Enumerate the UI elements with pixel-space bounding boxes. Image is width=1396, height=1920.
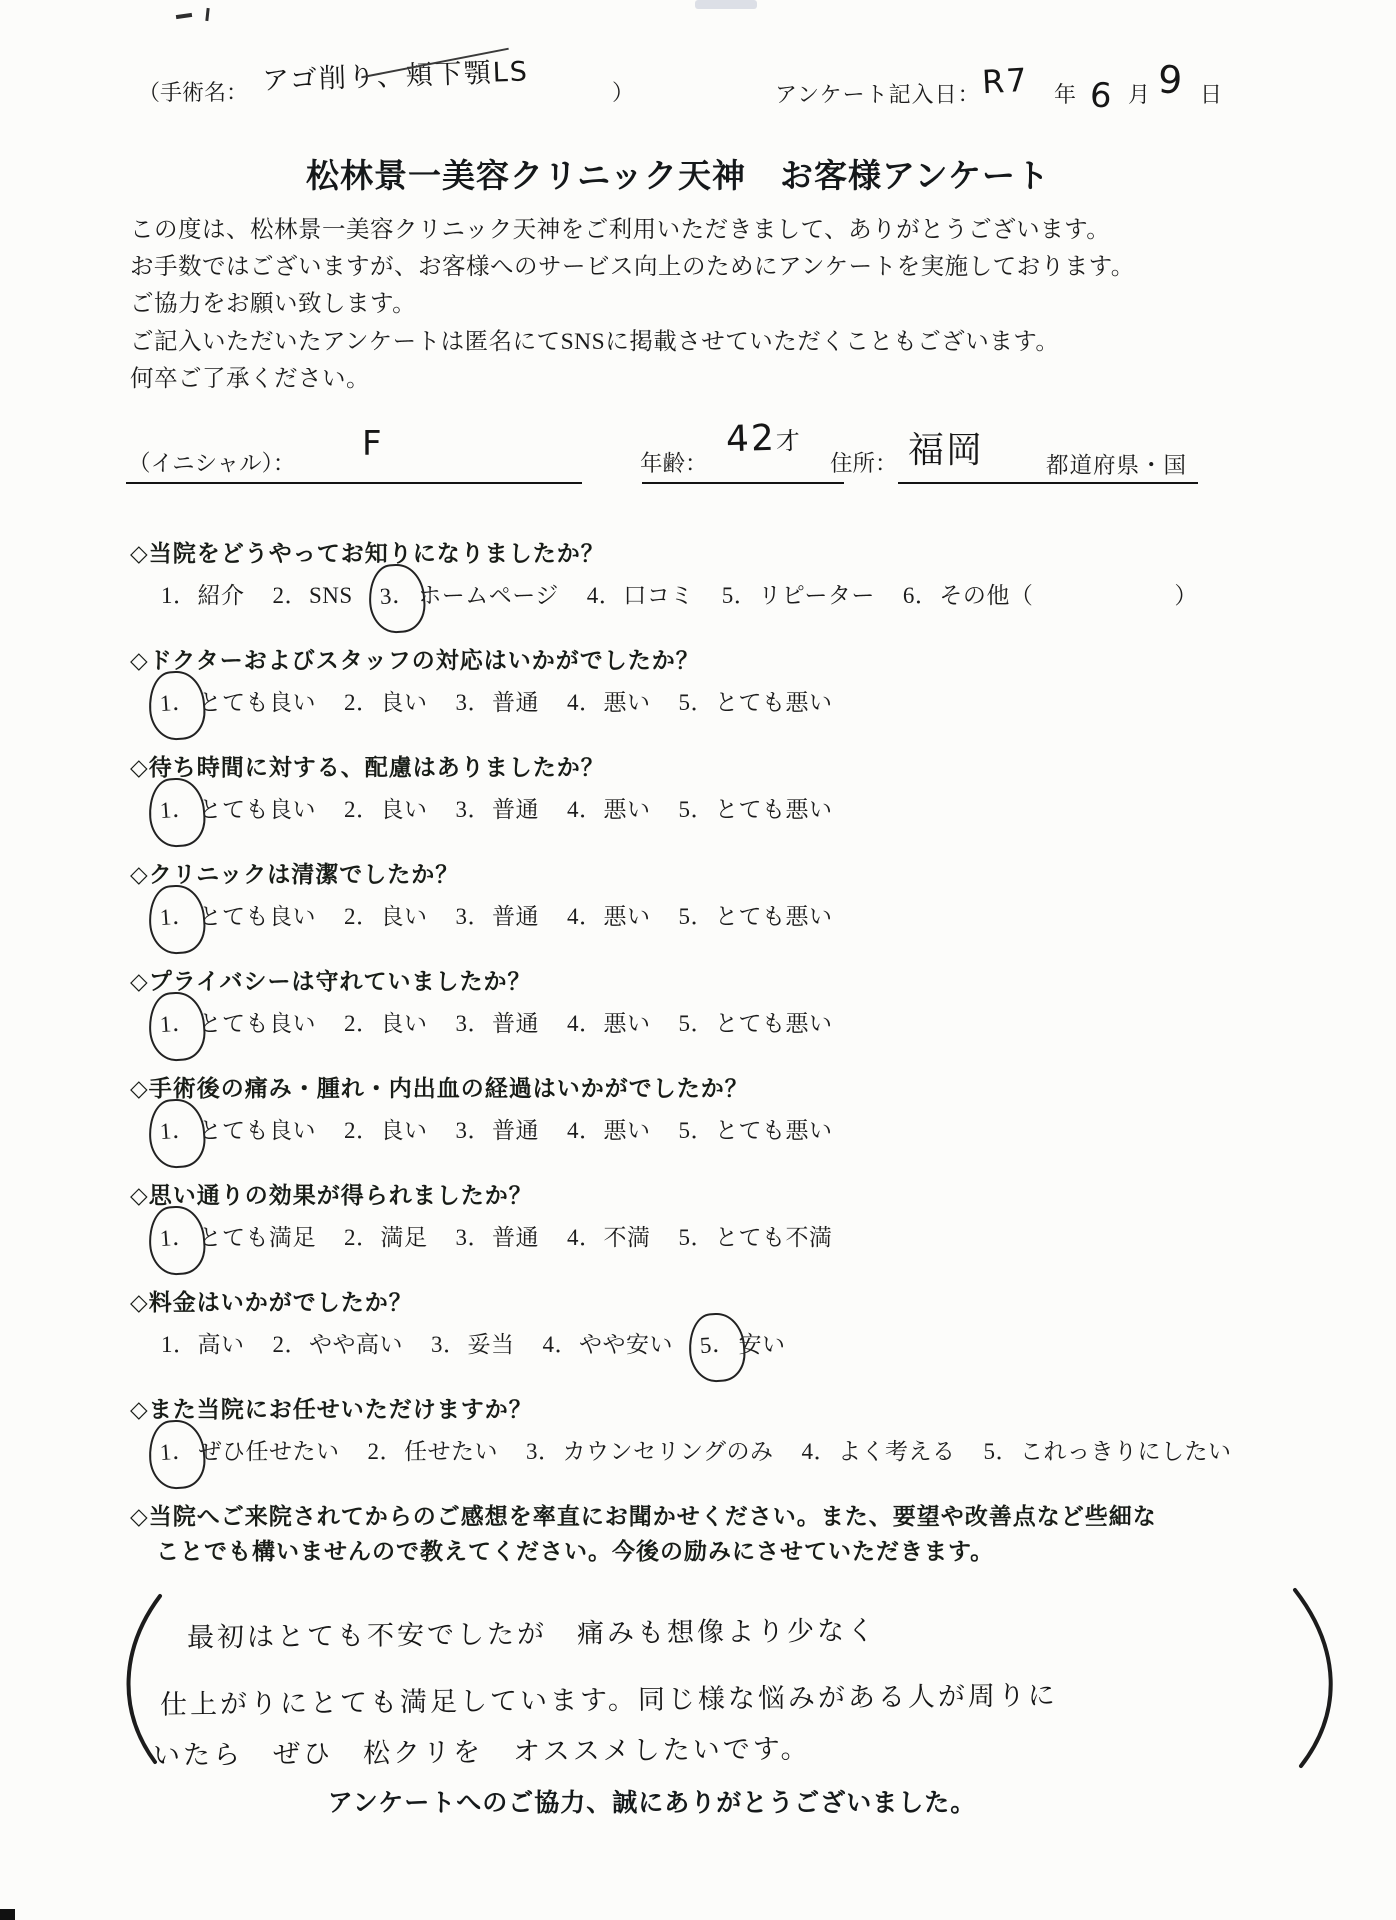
option: 2．やや高い <box>272 1332 404 1357</box>
comment-line: 最初はとても不安でしたが 痛みも想像より少なく <box>187 1608 877 1654</box>
option-number: 5． <box>678 1218 716 1258</box>
option: 1．紹介 <box>160 583 245 608</box>
option-number: 3． <box>455 1218 493 1258</box>
option: 3．普通 <box>455 690 540 715</box>
option-label: とても悪い <box>715 797 833 822</box>
comment-area: 最初はとても不安でしたが 痛みも想像より少なく 仕上がりにとても満足しています。… <box>105 1582 1375 1782</box>
option-label: 口コミ <box>623 583 694 608</box>
circled-answer-mark: 1． <box>147 990 207 1063</box>
option-label: とても悪い <box>715 904 833 929</box>
option-label: とても良い <box>199 797 317 822</box>
question-block: ◇料金はいかがでしたか？1．高い2．やや高い3．妥当4．やや安い5．安い <box>130 1286 1380 1365</box>
option-number: 5． <box>678 897 716 937</box>
option-label: 悪い <box>604 1011 651 1036</box>
option-label: 良い <box>381 1011 428 1036</box>
option: 2．良い <box>343 1118 428 1143</box>
option-number: 3． <box>455 897 493 937</box>
option-label: 悪い <box>604 1118 651 1143</box>
option: 2．SNS <box>272 583 353 608</box>
question-block: ◇クリニックは清潔でしたか？1．とても良い2．良い3．普通4．悪い5．とても悪い <box>130 858 1380 937</box>
question-heading: ◇料金はいかがでしたか？ <box>130 1286 1380 1319</box>
circled-answer-mark: 1． <box>147 883 207 956</box>
survey-date-label: アンケート記入日： <box>775 78 981 109</box>
option-number: 3． <box>455 1111 493 1151</box>
option-label: 任せたい <box>404 1439 498 1464</box>
address-label: 住所： <box>830 446 898 478</box>
date-day-suffix: 日 <box>1200 78 1222 109</box>
option-label: 高い <box>198 1332 245 1357</box>
option-label: とても悪い <box>715 1118 833 1143</box>
intro-line: ご協力をお願い致します。 <box>130 286 1135 323</box>
option-number: 2． <box>367 1432 405 1472</box>
circled-answer-mark: 1． <box>147 776 207 849</box>
option: 3．カウンセリングのみ <box>525 1439 774 1464</box>
question-heading: ◇思い通りの効果が得られましたか？ <box>130 1179 1380 1212</box>
circled-answer-mark: 5． <box>687 1311 747 1384</box>
option-number: 5． <box>678 683 716 723</box>
option-number: 5． <box>721 576 759 616</box>
option-number: 3． <box>455 683 493 723</box>
option: 2．良い <box>343 797 428 822</box>
option-number: 4． <box>586 576 624 616</box>
question-block: ◇また当院にお任せいただけますか？1．ぜひ任せたい2．任せたい3．カウンセリング… <box>130 1393 1380 1472</box>
option: 3．普通 <box>455 1225 540 1250</box>
option: 2．良い <box>343 1011 428 1036</box>
comment-line: いたら ぜひ 松クリを オススメしたいです。 <box>153 1727 811 1773</box>
option: 4．悪い <box>566 904 651 929</box>
question-block: ◇プライバシーは守れていましたか？1．とても良い2．良い3．普通4．悪い5．とて… <box>130 965 1380 1044</box>
option-number: 2． <box>343 1004 381 1044</box>
option: 5．安い <box>700 1332 786 1357</box>
age-underline <box>642 482 844 484</box>
initial-handwritten-value: F <box>362 424 384 464</box>
option: 4．悪い <box>566 1011 651 1036</box>
option-label: 普通 <box>492 690 539 715</box>
option-label: とても良い <box>199 690 317 715</box>
option-label: とても悪い <box>715 1011 833 1036</box>
date-month-suffix: 月 <box>1128 78 1150 109</box>
option: 1．とても良い <box>160 797 316 822</box>
option-number: 2． <box>343 1218 381 1258</box>
question-heading: ◇プライバシーは守れていましたか？ <box>130 965 1380 998</box>
options-row: 1．とても良い2．良い3．普通4．悪い5．とても悪い <box>160 1111 1380 1151</box>
option-label: よく考える <box>838 1439 956 1464</box>
option: 5．とても悪い <box>678 797 833 822</box>
option-number: 4． <box>566 1218 604 1258</box>
initial-underline <box>126 482 582 484</box>
option-label: 良い <box>381 1118 428 1143</box>
option-number: 3． <box>430 1325 468 1365</box>
option: 1．とても良い <box>160 1011 316 1036</box>
option-number: 4． <box>801 1432 839 1472</box>
option: 1．とても良い <box>160 904 316 929</box>
option-number: 4． <box>542 1325 580 1365</box>
option-label: カウンセリングのみ <box>563 1439 774 1464</box>
option: 2．任せたい <box>367 1439 499 1464</box>
option: 1．とても良い <box>160 690 316 715</box>
option-label: リピーター <box>758 583 875 608</box>
option-label: とても良い <box>199 904 317 929</box>
age-unit: 才 <box>775 427 802 456</box>
question-block: ◇待ち時間に対する、配慮はありましたか？1．とても良い2．良い3．普通4．悪い5… <box>130 751 1380 830</box>
options-row: 1．とても満足2．満足3．普通4．不満5．とても不満 <box>160 1218 1380 1258</box>
intro-line: この度は、松林景一美容クリニック天神をご利用いただきまして、ありがとうございます… <box>130 212 1135 249</box>
option-label: 普通 <box>492 904 539 929</box>
option-number: 2． <box>343 683 381 723</box>
question-heading-continued: ことでも構いませんので教えてください。今後の励みにさせていただきます。 <box>130 1533 1380 1570</box>
circled-answer-mark: 1． <box>147 669 207 742</box>
option-label: SNS <box>309 583 353 608</box>
option: 4．不満 <box>566 1225 651 1250</box>
date-year-suffix: 年 <box>1054 78 1076 109</box>
option: 4．口コミ <box>586 583 694 608</box>
option-label: 普通 <box>492 1118 539 1143</box>
circled-answer-mark: 1． <box>147 1418 207 1491</box>
address-suffix: 都道府県・国 <box>1046 448 1187 480</box>
option: 2．満足 <box>343 1225 428 1250</box>
option-label: ぜひ任せたい <box>199 1439 340 1464</box>
option-label: 紹介 <box>198 583 245 608</box>
option: 6．その他（ ） <box>902 583 1198 608</box>
option-label: 普通 <box>492 1225 539 1250</box>
option-number: 2． <box>343 897 381 937</box>
question-block: ◇当院へご来院されてからのご感想を率直にお聞かせください。また、要望や改善点など… <box>130 1500 1380 1570</box>
surgery-name-close-paren: ） <box>612 76 634 107</box>
options-row: 1．とても良い2．良い3．普通4．悪い5．とても悪い <box>160 897 1380 937</box>
question-block: ◇思い通りの効果が得られましたか？1．とても満足2．満足3．普通4．不満5．とて… <box>130 1179 1380 1258</box>
option: 2．良い <box>343 904 428 929</box>
option-label: 妥当 <box>468 1332 515 1357</box>
question-heading: ◇当院へご来院されてからのご感想を率直にお聞かせください。また、要望や改善点など… <box>130 1500 1380 1533</box>
option-label: 不満 <box>604 1225 651 1250</box>
option-number: 4． <box>566 897 604 937</box>
option-label: とても満足 <box>199 1225 317 1250</box>
address-underline <box>898 482 1198 484</box>
option-number: 5． <box>678 1111 716 1151</box>
options-row: 1．とても良い2．良い3．普通4．悪い5．とても悪い <box>160 683 1380 723</box>
option-label: 悪い <box>604 904 651 929</box>
options-row: 1．高い2．やや高い3．妥当4．やや安い5．安い <box>160 1325 1380 1365</box>
option: 3．普通 <box>455 797 540 822</box>
option: 1．とても良い <box>160 1118 316 1143</box>
option: 3．ホームページ <box>380 583 559 608</box>
option-label: とても良い <box>199 1118 317 1143</box>
age-label: 年齢： <box>640 446 708 478</box>
question-heading: ◇待ち時間に対する、配慮はありましたか？ <box>130 751 1380 784</box>
circled-answer-mark: 1． <box>147 1204 207 1277</box>
initial-label: （イニシャル）： <box>128 446 295 478</box>
option: 3．普通 <box>455 1011 540 1036</box>
option: 5．とても悪い <box>678 1118 833 1143</box>
intro-line: 何卒ご了承ください。 <box>130 361 1135 398</box>
option-label: これっきりにしたい <box>1020 1439 1232 1464</box>
circled-answer-mark: 1． <box>147 1097 207 1170</box>
question-heading: ◇当院をどうやってお知りになりましたか？ <box>130 537 1380 570</box>
option-label: やや安い <box>579 1332 673 1357</box>
option: 5．とても悪い <box>678 690 833 715</box>
scanned-survey-page: （手術名： アゴ削り、頬下顎LS ） アンケート記入日： R7 年 6 月 9 … <box>0 0 1396 1920</box>
option-number: 2． <box>272 1325 310 1365</box>
date-day-handwritten: 9 <box>1157 57 1185 102</box>
option-number: 4． <box>566 683 604 723</box>
option-number: 6． <box>902 576 940 616</box>
option: 3．普通 <box>455 904 540 929</box>
options-row: 1．ぜひ任せたい2．任せたい3．カウンセリングのみ4．よく考える5．これっきりに… <box>160 1432 1380 1472</box>
option: 4．悪い <box>566 797 651 822</box>
option-label: 普通 <box>492 1011 539 1036</box>
option: 1．ぜひ任せたい <box>160 1439 340 1464</box>
scan-artifact <box>0 1909 15 1920</box>
option-number: 1． <box>160 1325 198 1365</box>
option: 5．とても悪い <box>678 1011 833 1036</box>
option-number: 5． <box>678 790 716 830</box>
option: 5．とても不満 <box>678 1225 833 1250</box>
option-label: とても悪い <box>715 690 833 715</box>
option: 5．これっきりにしたい <box>983 1439 1232 1464</box>
question-block: ◇手術後の痛み・腫れ・内出血の経過はいかがでしたか？1．とても良い2．良い3．普… <box>130 1072 1380 1151</box>
options-row: 1．とても良い2．良い3．普通4．悪い5．とても悪い <box>160 1004 1380 1044</box>
intro-line: お手数ではございますが、お客様へのサービス向上のためにアンケートを実施しておりま… <box>130 249 1135 286</box>
option-label: 普通 <box>492 797 539 822</box>
page-title: 松林景一美容クリニック天神 お客様アンケート <box>0 150 1376 197</box>
option: 1．高い <box>160 1332 245 1357</box>
option: 2．良い <box>343 690 428 715</box>
intro-paragraph: この度は、松林景一美容クリニック天神をご利用いただきまして、ありがとうございます… <box>130 212 1135 398</box>
option-label: 良い <box>381 797 428 822</box>
option-label: とても良い <box>199 1011 317 1036</box>
question-block: ◇ドクターおよびスタッフの対応はいかがでしたか？1．とても良い2．良い3．普通4… <box>130 644 1380 723</box>
scan-artifact <box>205 8 209 21</box>
option-label: 悪い <box>604 797 651 822</box>
option-number: 4． <box>566 1004 604 1044</box>
option-number: 5． <box>983 1432 1021 1472</box>
option-label: 悪い <box>604 690 651 715</box>
option: 4．悪い <box>566 690 651 715</box>
options-row: 1．とても良い2．良い3．普通4．悪い5．とても悪い <box>160 790 1380 830</box>
option-number: 2． <box>272 576 310 616</box>
option: 3．妥当 <box>430 1332 515 1357</box>
scan-artifact <box>695 0 757 9</box>
date-month-handwritten: 6 <box>1089 75 1115 117</box>
option: 4．やや安い <box>542 1332 674 1357</box>
option: 4．悪い <box>566 1118 651 1143</box>
option-label: 安い <box>739 1332 786 1357</box>
option-label: その他（ ） <box>939 583 1198 608</box>
circled-answer-mark: 3． <box>366 562 426 635</box>
scan-artifact <box>176 13 192 19</box>
age-handwritten-value: 42才 <box>725 417 802 461</box>
question-heading: ◇手術後の痛み・腫れ・内出血の経過はいかがでしたか？ <box>130 1072 1380 1105</box>
option: 4．よく考える <box>801 1439 956 1464</box>
option: 5．リピーター <box>721 583 875 608</box>
option-number: 2． <box>343 790 381 830</box>
option-number: 3． <box>525 1432 563 1472</box>
surgery-name-label: （手術名： <box>138 76 248 107</box>
footer-thanks: アンケートへのご協力、誠にありがとうございました。 <box>0 1783 1350 1819</box>
question-heading: ◇クリニックは清潔でしたか？ <box>130 858 1380 891</box>
option-label: 満足 <box>381 1225 428 1250</box>
option-number: 3． <box>455 790 493 830</box>
questions: ◇当院をどうやってお知りになりましたか？1．紹介2．SNS3．ホームページ4．口… <box>130 537 1380 1570</box>
option: 5．とても悪い <box>678 904 833 929</box>
option-number: 1． <box>160 576 198 616</box>
option-label: 良い <box>381 690 428 715</box>
intro-line: ご記入いただいたアンケートは匿名にてSNSに掲載させていただくこともございます。 <box>130 324 1135 361</box>
option-number: 3． <box>455 1004 493 1044</box>
option-label: 良い <box>381 904 428 929</box>
question-heading: ◇また当院にお任せいただけますか？ <box>130 1393 1380 1426</box>
option-number: 4． <box>566 790 604 830</box>
option-number: 5． <box>678 1004 716 1044</box>
option-number: 2． <box>343 1111 381 1151</box>
option-label: ホームページ <box>418 583 559 608</box>
option: 3．普通 <box>455 1118 540 1143</box>
options-row: 1．紹介2．SNS3．ホームページ4．口コミ5．リピーター6．その他（ ） <box>160 576 1380 616</box>
date-era-handwritten: R7 <box>981 61 1030 101</box>
option: 1．とても満足 <box>160 1225 316 1250</box>
question-heading: ◇ドクターおよびスタッフの対応はいかがでしたか？ <box>130 644 1380 677</box>
surgery-name-handwritten-value: アゴ削り、頬下顎LS <box>261 49 529 97</box>
option-number: 4． <box>566 1111 604 1151</box>
address-handwritten-value: 福岡 <box>908 422 984 473</box>
question-block: ◇当院をどうやってお知りになりましたか？1．紹介2．SNS3．ホームページ4．口… <box>130 537 1380 616</box>
option-label: やや高い <box>309 1332 403 1357</box>
option-label: とても不満 <box>715 1225 833 1250</box>
